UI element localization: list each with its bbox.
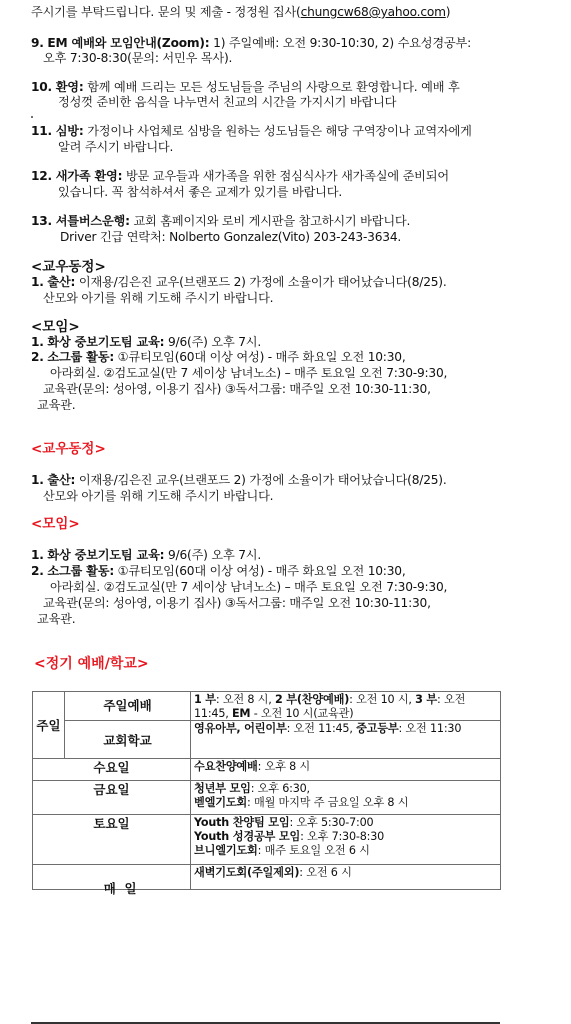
intro-line: 주시기를 부탁드립니다. 문의 및 제출 - 정정원 집사(chungcw68@… <box>31 5 450 20</box>
announcement-item-10-line2: 정성껏 준비한 음식을 나누면서 친교의 시간을 가지시기 바랍니다 <box>58 95 396 110</box>
announcement-item-12-line2: 있습니다. 꼭 참석하셔서 좋은 교제가 있기를 바랍니다. <box>58 185 342 200</box>
item-title: EM 예배와 모임안내(Zoom): <box>47 36 209 50</box>
part-bold: 2 부(찬양예배) <box>275 693 349 706</box>
item-number: 1. <box>31 473 44 487</box>
part-text: : 오전 6 시 <box>299 866 351 879</box>
row-label: 금요일 <box>93 782 129 797</box>
news-item-birth: 1. 출산: 이재용/김은진 교우(브랜포드 2) 가정에 소율이가 태어났습니… <box>31 473 447 488</box>
part-bold: 벧엘기도회 <box>194 796 247 809</box>
item-text: 교회 홈페이지와 로비 게시판을 참고하시기 바랍니다. <box>130 214 410 228</box>
part-text: : 오후 6:30, <box>251 782 310 795</box>
part-bold: 영유아부, 어린이부 <box>194 722 287 735</box>
part-bold: 1 부 <box>194 693 216 706</box>
item-title: 환영: <box>56 80 84 94</box>
schedule-value-daily: 새벽기도회(주일제외): 오전 6 시 <box>190 864 501 890</box>
announcement-item-9: 9. EM 예배와 모임안내(Zoom): 1) 주일예배: 오전 9:30-1… <box>31 36 471 51</box>
schedule-label-saturday: 토요일 <box>32 814 191 865</box>
item-number: 12. <box>31 169 52 183</box>
announcement-item-11-line2: 알려 주시기 바랍니다. <box>58 140 173 155</box>
item-text: ①큐티모임(60대 이상 여성) - 매주 화요일 오전 10:30, <box>114 350 406 364</box>
part-bold: 중고등부 <box>356 722 398 735</box>
schedule-value-saturday: Youth 찬양팀 모임: 오후 5:30-7:00 Youth 성경공부 모임… <box>190 814 501 865</box>
item-number: 2. <box>31 350 44 364</box>
item-title: 소그룹 활동: <box>47 350 114 364</box>
part-text: : 매월 마지막 주 금요일 오후 8 시 <box>247 796 408 809</box>
intro-close-paren: ) <box>446 5 451 19</box>
news-item-birth-line2: 산모와 아기를 위해 기도해 주시기 바랍니다. <box>43 291 273 306</box>
item-number: 1. <box>31 548 44 562</box>
item-text: 1) 주일예배: 오전 9:30-10:30, 2) 수요성경공부: <box>209 36 471 50</box>
part-bold: 수요찬양예배 <box>194 760 258 773</box>
row-label: 토요일 <box>93 816 129 831</box>
part-text: : 매주 토요일 오전 6 시 <box>258 844 370 857</box>
part-text: : 오전 11:30 <box>399 722 462 735</box>
part-text: : 오전 8 시, <box>216 693 275 706</box>
meeting-item-2-line2: 아라회실. ②검도교실(만 7 세이상 남녀노소) – 매주 토요일 오전 7:… <box>50 366 447 381</box>
item-title: 출산: <box>47 275 75 289</box>
part-bold: EM <box>232 707 250 720</box>
item-text: 방문 교우들과 새가족을 위한 점심식사가 새가족실에 준비되어 <box>122 169 449 183</box>
item-number: 13. <box>31 214 52 228</box>
part-text: - 오전 10 시(교육관) <box>250 707 353 720</box>
item-text: 이재용/김은진 교우(브랜포드 2) 가정에 소율이가 태어났습니다(8/25)… <box>75 473 446 487</box>
announcement-item-12: 12. 새가족 환영: 방문 교우들과 새가족을 위한 점심식사가 새가족실에 … <box>31 169 449 184</box>
meeting-item-2-line4: 교육관. <box>37 398 75 413</box>
sunday-group-label: 주일 <box>32 691 65 759</box>
schedule-label-church-school: 교회학교 <box>64 720 191 759</box>
row-label: 주일예배 <box>103 698 151 713</box>
news-item-birth-line2: 산모와 아기를 위해 기도해 주시기 바랍니다. <box>43 489 273 504</box>
item-title: 출산: <box>47 473 75 487</box>
item-text: 함께 예배 드리는 모든 성도님들을 주님의 사랑으로 환영합니다. 예배 후 <box>84 80 460 94</box>
item-number: 10. <box>31 80 52 94</box>
item-number: 1. <box>31 335 44 349</box>
meeting-item-2-line3: 교육관(문의: 성아영, 이용기 집사) ③독서그룹: 매주일 오전 10:30… <box>43 382 431 397</box>
friday-line-2: 벧엘기도회: 매월 마지막 주 금요일 오후 8 시 <box>194 796 500 810</box>
contact-email-link[interactable]: chungcw68@yahoo.com <box>301 5 446 19</box>
schedule-header: <정기 예배/학교> <box>34 656 149 672</box>
item-title: 새가족 환영: <box>56 169 123 183</box>
part-text: : 오후 5:30-7:00 <box>289 816 373 829</box>
saturday-line-1: Youth 찬양팀 모임: 오후 5:30-7:00 <box>194 816 500 830</box>
part-text: : 오후 7:30-8:30 <box>300 830 384 843</box>
announcement-item-11: 11. 심방: 가정이나 사업체로 심방을 원하는 성도님들은 해당 구역장이나… <box>31 124 472 139</box>
announcement-item-13-line2: Driver 긴급 연락처: Nolberto Gonzalez(Vito) 2… <box>60 230 401 245</box>
meeting-item-2: 2. 소그룹 활동: ①큐티모임(60대 이상 여성) - 매주 화요일 오전 … <box>31 564 406 579</box>
part-bold: 새벽기도회(주일제외) <box>194 866 299 879</box>
part-text: : 오후 8 시 <box>258 760 310 773</box>
sunday-label-text: 주일 <box>36 718 60 733</box>
meeting-header: <모임> <box>31 319 80 335</box>
footer-divider <box>31 1022 500 1024</box>
item-number: 1. <box>31 275 44 289</box>
news-item-birth: 1. 출산: 이재용/김은진 교우(브랜포드 2) 가정에 소율이가 태어났습니… <box>31 275 447 290</box>
meeting-item-2-line3: 교육관(문의: 성아영, 이용기 집사) ③독서그룹: 매주일 오전 10:30… <box>43 596 431 611</box>
schedule-value-wednesday: 수요찬양예배: 오후 8 시 <box>190 758 501 781</box>
meeting-item-2: 2. 소그룹 활동: ①큐티모임(60대 이상 여성) - 매주 화요일 오전 … <box>31 350 406 365</box>
item-title: 화상 중보기도팀 교육: <box>47 335 164 349</box>
saturday-line-3: 브니엘기도회: 매주 토요일 오전 6 시 <box>194 844 500 858</box>
meeting-header-red: <모임> <box>31 516 80 532</box>
schedule-value-friday: 청년부 모임: 오후 6:30, 벧엘기도회: 매월 마지막 주 금요일 오후 … <box>190 780 501 815</box>
item-title: 심방: <box>56 124 84 138</box>
item-text: 9/6(주) 오후 7시. <box>164 548 261 562</box>
announcement-item-10: 10. 환영: 함께 예배 드리는 모든 성도님들을 주님의 사랑으로 환영합니… <box>31 80 460 95</box>
meeting-item-2-line4: 교육관. <box>37 612 75 627</box>
part-bold: Youth 성경공부 모임 <box>194 830 300 843</box>
item-number: 11. <box>31 124 52 138</box>
part-text: : 오전 11:45, <box>287 722 356 735</box>
row-label: 매 일 <box>104 881 137 896</box>
meeting-item-1: 1. 화상 중보기도팀 교육: 9/6(주) 오후 7시. <box>31 548 261 563</box>
item-text: 가정이나 사업체로 심방을 원하는 성도님들은 해당 구역장이나 교역자에게 <box>84 124 472 138</box>
meeting-item-1: 1. 화상 중보기도팀 교육: 9/6(주) 오후 7시. <box>31 335 261 350</box>
row-label: 교회학교 <box>103 733 151 748</box>
item-text: 9/6(주) 오후 7시. <box>164 335 261 349</box>
schedule-value-sunday-service: 1 부: 오전 8 시, 2 부(찬양예배): 오전 10 시, 3 부: 오전… <box>190 691 501 721</box>
news-header-red: <교우동정> <box>31 441 106 457</box>
part-bold: 브니엘기도회 <box>194 844 258 857</box>
schedule-table: 주일 주일예배 1 부: 오전 8 시, 2 부(찬양예배): 오전 10 시,… <box>32 691 501 890</box>
item-number: 9. <box>31 36 44 50</box>
part-bold: 청년부 모임 <box>194 782 251 795</box>
schedule-label-daily: 매 일 <box>32 864 191 890</box>
schedule-value-church-school: 영유아부, 어린이부: 오전 11:45, 중고등부: 오전 11:30 <box>190 720 501 759</box>
item-text: ①큐티모임(60대 이상 여성) - 매주 화요일 오전 10:30, <box>114 564 406 578</box>
item-title: 화상 중보기도팀 교육: <box>47 548 164 562</box>
item-title: 셔틀버스운행: <box>56 214 130 228</box>
intro-text: 주시기를 부탁드립니다. 문의 및 제출 - 정정원 집사( <box>31 5 301 19</box>
row-label: 수요일 <box>93 760 129 775</box>
schedule-label-friday: 금요일 <box>32 780 191 815</box>
announcement-item-9-line2: 오후 7:30-8:30(문의: 서민우 목사). <box>43 51 232 66</box>
saturday-line-2: Youth 성경공부 모임: 오후 7:30-8:30 <box>194 830 500 844</box>
news-header: <교우동정> <box>31 259 106 275</box>
item-title: 소그룹 활동: <box>47 564 114 578</box>
schedule-label-sunday-service: 주일예배 <box>64 691 191 721</box>
meeting-item-2-line2: 아라회실. ②검도교실(만 7 세이상 남녀노소) – 매주 토요일 오전 7:… <box>50 580 447 595</box>
stray-dot <box>31 116 33 118</box>
schedule-label-wednesday: 수요일 <box>32 758 191 781</box>
item-text: 이재용/김은진 교우(브랜포드 2) 가정에 소율이가 태어났습니다(8/25)… <box>75 275 446 289</box>
part-bold: Youth 찬양팀 모임 <box>194 816 289 829</box>
announcement-item-13: 13. 셔틀버스운행: 교회 홈페이지와 로비 게시판을 참고하시기 바랍니다. <box>31 214 410 229</box>
item-number: 2. <box>31 564 44 578</box>
part-bold: 3 부 <box>415 693 437 706</box>
friday-line-1: 청년부 모임: 오후 6:30, <box>194 782 500 796</box>
part-text: : 오전 10 시, <box>349 693 415 706</box>
